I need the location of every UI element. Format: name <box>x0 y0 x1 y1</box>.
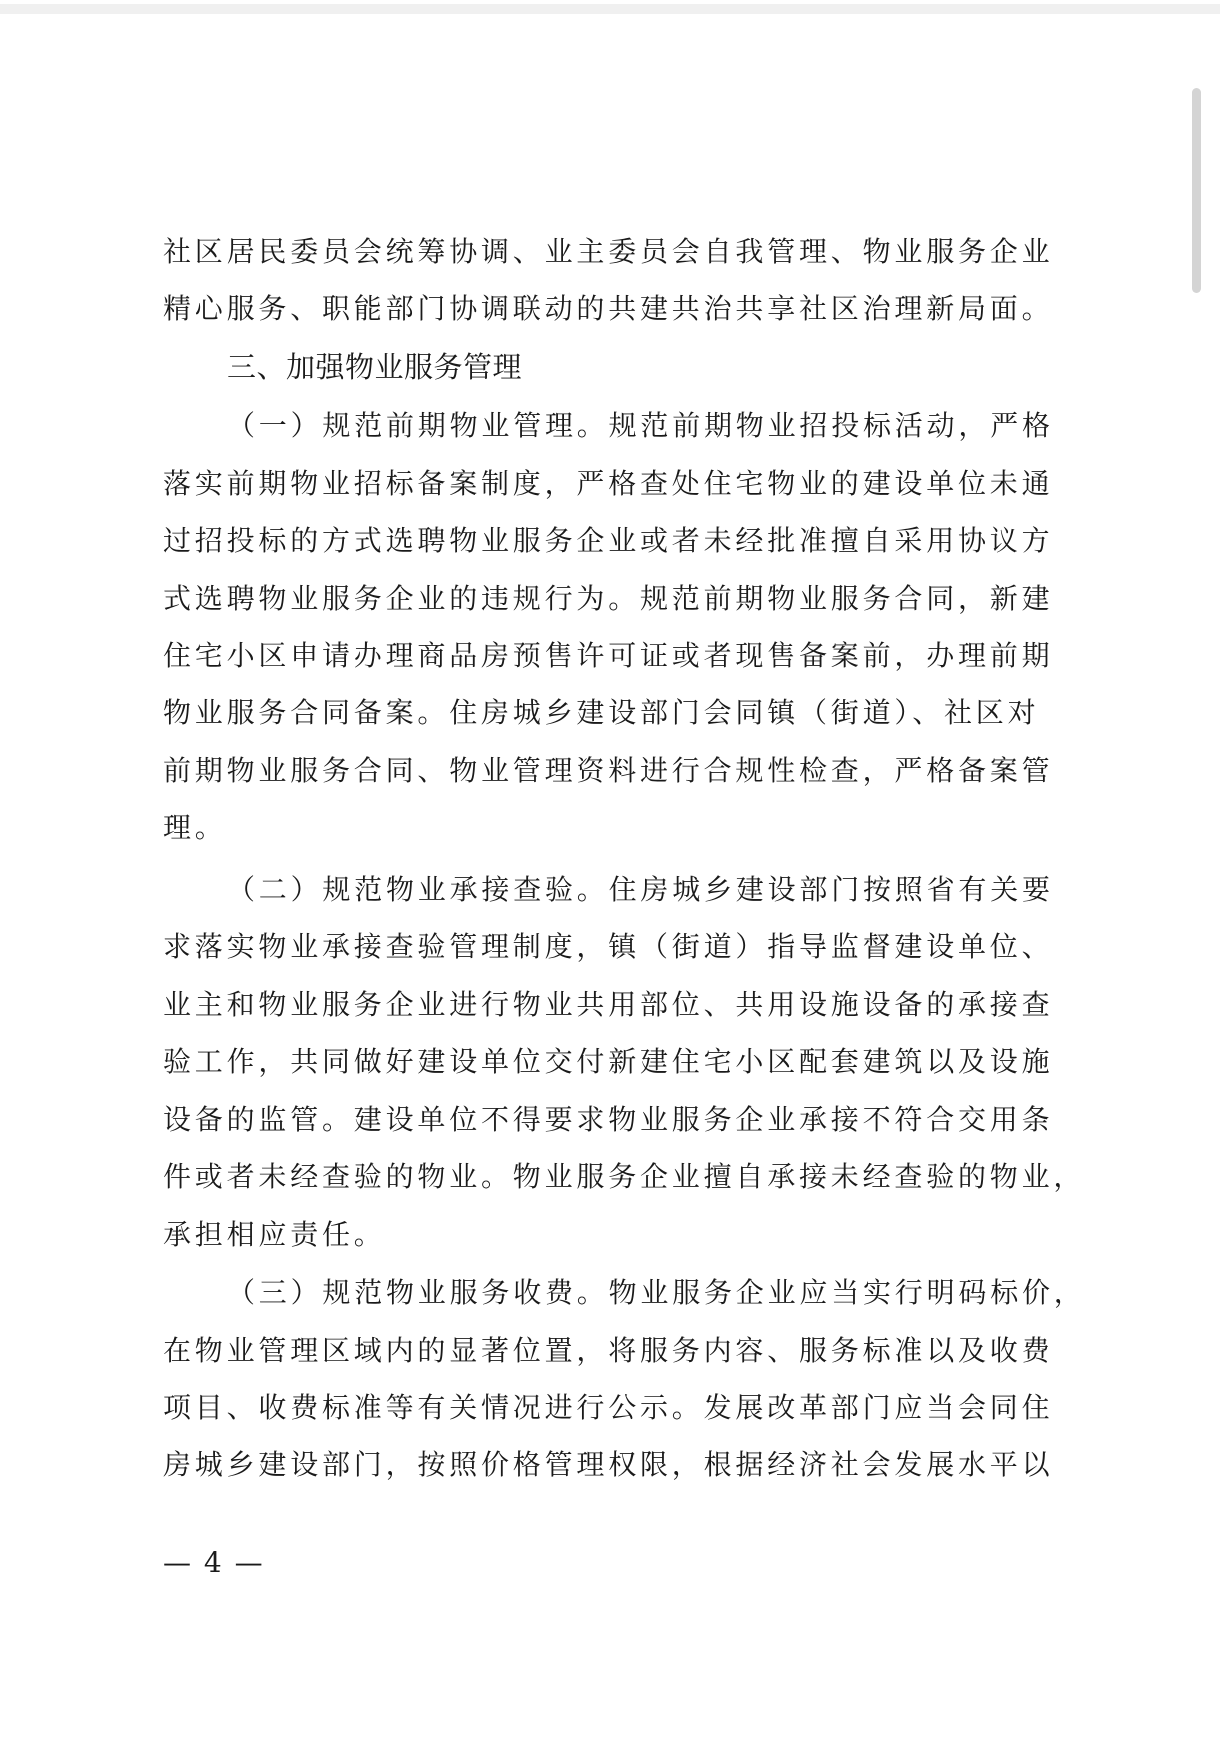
text-line: 精心服务、职能部门协调联动的共建共治共享社区治理新局面。 <box>163 291 1053 327</box>
text-line: 房城乡建设部门，按照价格管理权限，根据经济社会发展水平以 <box>163 1447 1053 1483</box>
page-number: — 4 — <box>163 1545 265 1581</box>
text-line: 求落实物业承接查验管理制度，镇（街道）指导监督建设单位、 <box>163 929 1053 965</box>
text-line: 物业服务合同备案。住房城乡建设部门会同镇（街道）、社区对 <box>163 695 1039 731</box>
text-line: 式选聘物业服务企业的违规行为。规范前期物业服务合同，新建 <box>163 581 1053 617</box>
text-line: 理。 <box>163 810 227 846</box>
text-line: 社区居民委员会统筹协调、业主委员会自我管理、物业服务企业 <box>163 234 1053 270</box>
text-line: 在物业管理区域内的显著位置，将服务内容、服务标准以及收费 <box>163 1333 1053 1369</box>
text-line: 住宅小区申请办理商品房预售许可证或者现售备案前，办理前期 <box>163 638 1053 674</box>
text-line: 落实前期物业招标备案制度，严格查处住宅物业的建设单位未通 <box>163 466 1053 502</box>
paragraph-first-line: （三）规范物业服务收费。物业服务企业应当实行明码标价， <box>227 1275 1086 1311</box>
text-line: 过招投标的方式选聘物业服务企业或者未经批准擅自采用协议方 <box>163 523 1053 559</box>
paragraph-first-line: （二）规范物业承接查验。住房城乡建设部门按照省有关要 <box>227 872 1054 908</box>
section-heading: 三、加强物业服务管理 <box>227 349 522 385</box>
document-page: 社区居民委员会统筹协调、业主委员会自我管理、物业服务企业 精心服务、职能部门协调… <box>0 0 1180 1737</box>
paragraph-first-line: （一）规范前期物业管理。规范前期物业招投标活动，严格 <box>227 408 1054 444</box>
text-line: 前期物业服务合同、物业管理资料进行合规性检查，严格备案管 <box>163 753 1053 789</box>
text-line: 业主和物业服务企业进行物业共用部位、共用设施设备的承接查 <box>163 987 1053 1023</box>
scrollbar-thumb[interactable] <box>1192 88 1201 293</box>
text-line: 项目、收费标准等有关情况进行公示。发展改革部门应当会同住 <box>163 1390 1053 1426</box>
text-line: 设备的监管。建设单位不得要求物业服务企业承接不符合交用条 <box>163 1102 1053 1138</box>
text-line: 承担相应责任。 <box>163 1217 386 1253</box>
text-line: 验工作，共同做好建设单位交付新建住宅小区配套建筑以及设施 <box>163 1044 1053 1080</box>
text-line: 件或者未经查验的物业。物业服务企业擅自承接未经查验的物业， <box>163 1159 1085 1195</box>
